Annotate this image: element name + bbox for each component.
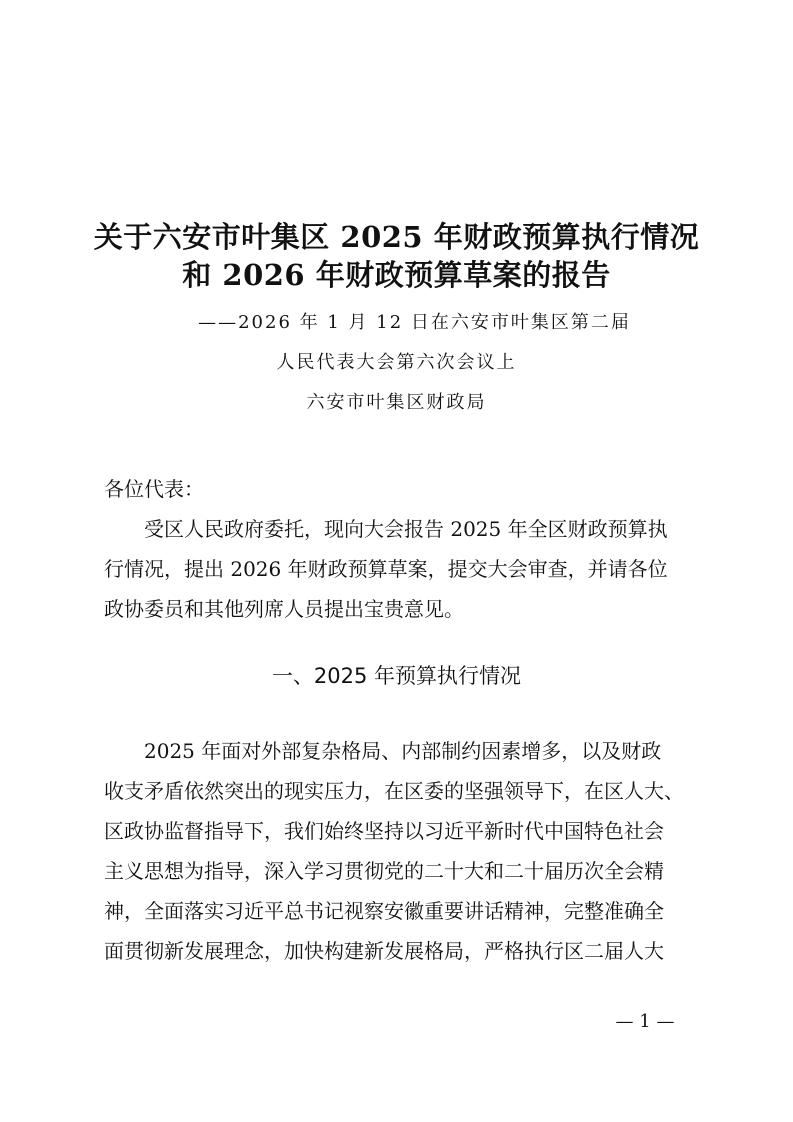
intro-line-2: 行情况，提出 2026 年财政预算草案，提交大会审查，并请各位 — [104, 549, 694, 589]
section-line-3: 区政协监督指导下，我们始终坚持以习近平新时代中国特色社会 — [104, 811, 694, 851]
section-line-1: 2025 年面对外部复杂格局、内部制约因素增多，以及财政 — [104, 731, 694, 771]
intro-line-1: 受区人民政府委托，现向大会报告 2025 年全区财政预算执 — [104, 509, 694, 549]
salutation: 各位代表： — [104, 469, 204, 509]
section-heading: 一、2025 年预算执行情况 — [0, 659, 793, 693]
report-title-line-2: 和 2026 年财政预算草案的报告 — [0, 256, 793, 294]
subtitle-meeting-line: 人民代表大会第六次会议上 — [0, 351, 793, 375]
section-line-4: 主义思想为指导，深入学习贯彻党的二十大和二十届历次全会精 — [104, 851, 694, 891]
report-title-line-1: 关于六安市叶集区 2025 年财政预算执行情况 — [0, 218, 793, 256]
section-line-6: 面贯彻新发展理念，加快构建新发展格局，严格执行区二届人大 — [104, 931, 694, 971]
subtitle-author-line: 六安市叶集区财政局 — [0, 391, 793, 415]
section-paragraph: 2025 年面对外部复杂格局、内部制约因素增多，以及财政 收支矛盾依然突出的现实… — [104, 731, 694, 971]
subtitle-date-line: ——2026 年 1 月 12 日在六安市叶集区第二届 — [18, 311, 793, 335]
page-number: — 1 — — [600, 1010, 690, 1034]
section-line-2: 收支矛盾依然突出的现实压力，在区委的坚强领导下，在区人大、 — [104, 771, 694, 811]
section-line-5: 神，全面落实习近平总书记视察安徽重要讲话精神，完整准确全 — [104, 891, 694, 931]
document-page: 关于六安市叶集区 2025 年财政预算执行情况 和 2026 年财政预算草案的报… — [0, 0, 793, 1122]
intro-line-3: 政协委员和其他列席人员提出宝贵意见。 — [104, 589, 694, 629]
intro-paragraph: 受区人民政府委托，现向大会报告 2025 年全区财政预算执 行情况，提出 202… — [104, 509, 694, 629]
